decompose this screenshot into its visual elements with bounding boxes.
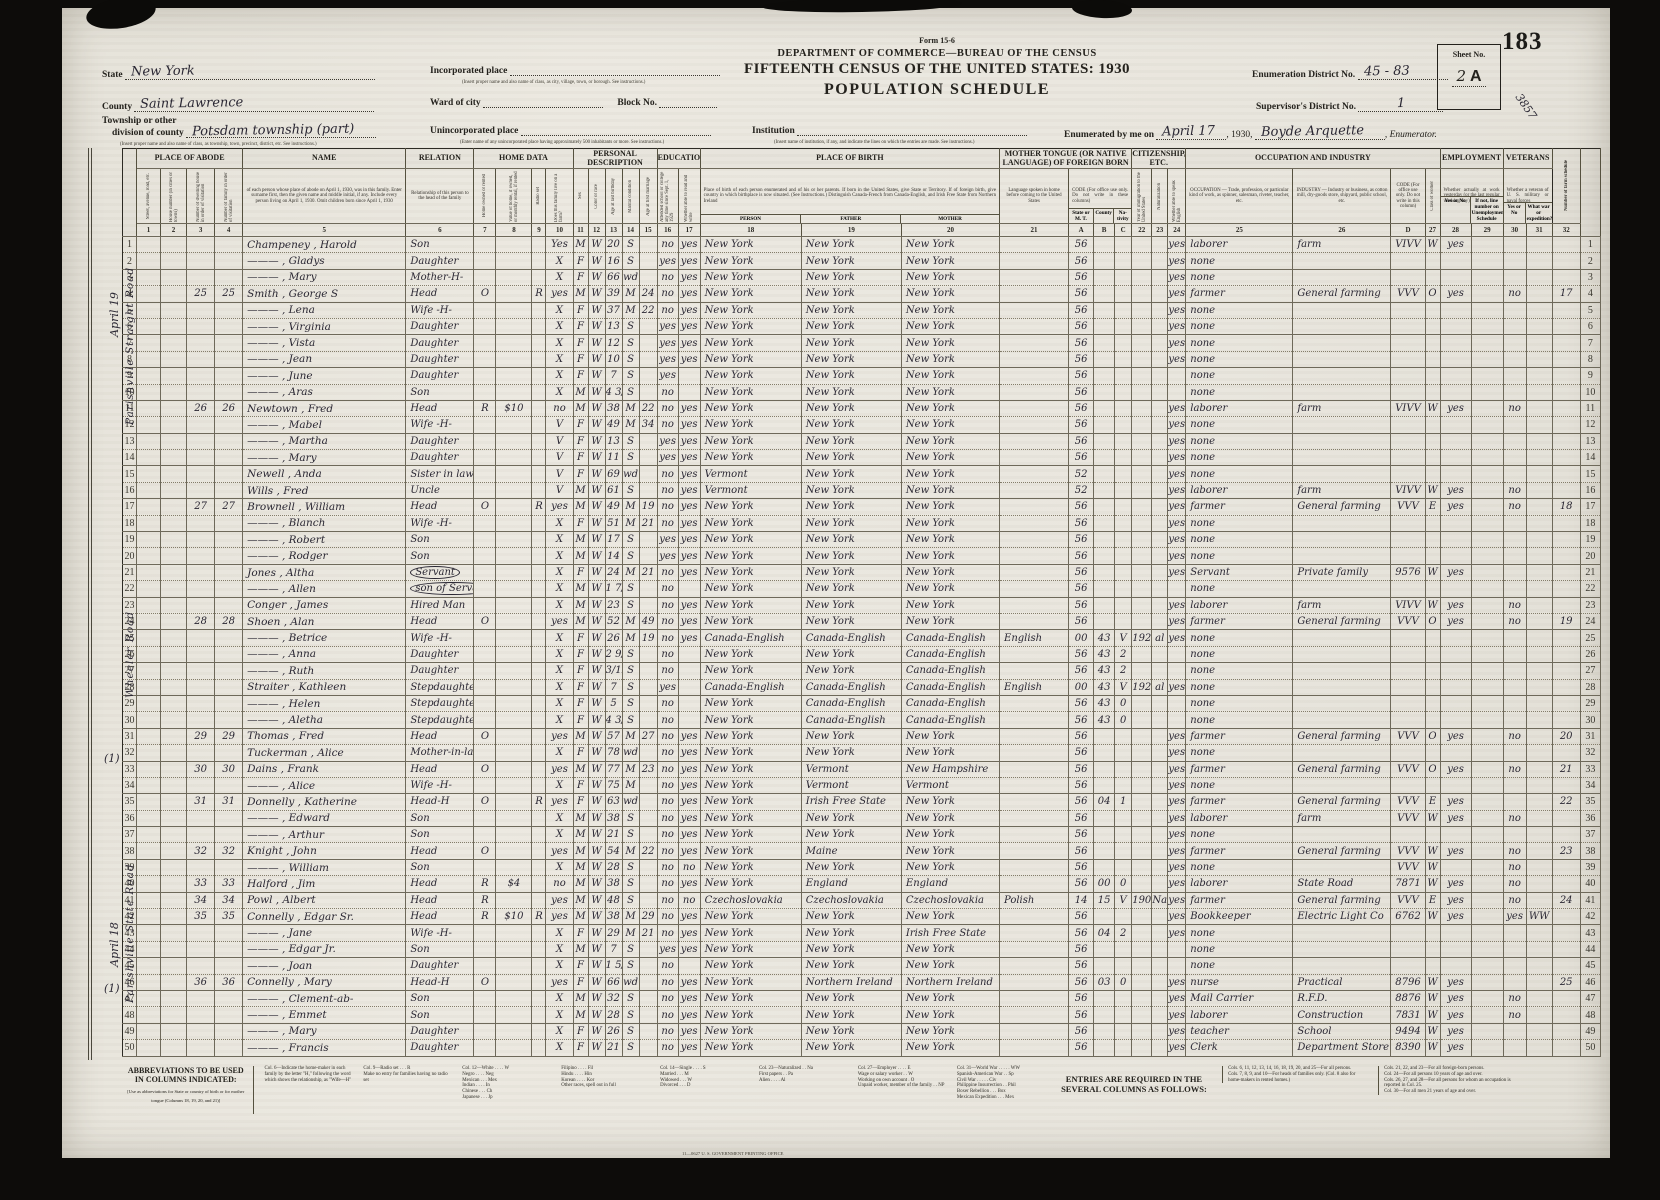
table-row: 423535Connelly , Edgar Sr.HeadR$10RyesMW…	[123, 909, 1601, 925]
cell-lang	[1000, 728, 1069, 744]
column-header-occ: OCCUPATION — Trade, profession, or parti…	[1186, 169, 1293, 224]
cell-rw: yes	[678, 400, 700, 416]
cell-house	[161, 925, 187, 941]
cell-val	[496, 613, 532, 629]
cell-vet	[1503, 253, 1526, 269]
cell-pbf: New York	[801, 663, 901, 679]
sub-label-work: Yes or No	[1441, 197, 1471, 223]
cell-cC	[1115, 745, 1132, 761]
cell-cC	[1115, 777, 1132, 793]
cell-nat: Na	[1152, 892, 1168, 908]
cell-cB: 43	[1094, 712, 1115, 728]
cell-unemp	[1471, 1040, 1503, 1056]
cell-cB	[1094, 909, 1115, 925]
cell-rel: Head	[406, 286, 474, 302]
cell-pbf: New York	[801, 499, 901, 515]
cell-sex: M	[573, 384, 588, 400]
cell-work	[1440, 466, 1471, 482]
cell-cls: O	[1425, 728, 1440, 744]
cell-agem	[639, 695, 657, 711]
cell-lang	[1000, 351, 1069, 367]
cell-occ: none	[1186, 925, 1293, 941]
cell-val	[496, 958, 532, 974]
cell-war	[1526, 630, 1552, 646]
cell-ind	[1293, 318, 1391, 334]
cell-cC	[1115, 941, 1132, 957]
cell-cB	[1094, 548, 1115, 564]
cell-unemp	[1471, 761, 1503, 777]
cell-ind: General farming	[1293, 761, 1391, 777]
cell-work: yes	[1440, 990, 1471, 1006]
cell-nat	[1152, 761, 1168, 777]
cell-dw	[187, 482, 215, 498]
cell-cC: 0	[1115, 712, 1132, 728]
cell-dw	[187, 925, 215, 941]
cell-rel: Uncle	[406, 482, 474, 498]
sheet-number: 2	[1456, 67, 1466, 85]
cell-work: yes	[1440, 1007, 1471, 1023]
cell-lang	[1000, 237, 1069, 253]
cell-farm: X	[546, 1007, 573, 1023]
cell-agem: 22	[639, 843, 657, 859]
cell-eng: yes	[1168, 810, 1186, 826]
cell-codeD: VVV	[1391, 843, 1425, 859]
cell-vet	[1503, 925, 1526, 941]
cell-yr	[1132, 810, 1152, 826]
cell-unemp	[1471, 646, 1503, 662]
line-number-right: 21	[1580, 564, 1600, 580]
cell-color: W	[588, 925, 605, 941]
cell-age: 78	[605, 745, 622, 761]
column-desc-street: Street, avenue, road, etc.	[146, 173, 151, 219]
cell-war	[1526, 843, 1552, 859]
table-row: 39——— , WilliamSonXMW28SnonoNew YorkNew …	[123, 859, 1601, 875]
cell-sex: F	[573, 679, 588, 695]
cell-age: 1 5/12	[605, 958, 622, 974]
composite-header: CODE (For office use only. Do not write …	[1069, 169, 1132, 224]
cell-val	[496, 581, 532, 597]
cell-house	[161, 630, 187, 646]
cell-cA: 56	[1069, 400, 1094, 416]
cell-rw: yes	[678, 1007, 700, 1023]
cell-occ: Servant	[1186, 564, 1293, 580]
cell-val	[496, 532, 532, 548]
cell-eng: yes	[1168, 630, 1186, 646]
line-number-right: 31	[1580, 728, 1600, 744]
cell-work	[1440, 433, 1471, 449]
cell-work	[1440, 646, 1471, 662]
cell-nat	[1152, 695, 1168, 711]
cell-radio	[532, 728, 546, 744]
cell-occ: laborer	[1186, 597, 1293, 613]
cell-work: yes	[1440, 499, 1471, 515]
cell-cls	[1425, 269, 1440, 285]
cell-cC	[1115, 843, 1132, 859]
cell-agem	[639, 794, 657, 810]
cell-fam	[215, 237, 243, 253]
cell-agem	[639, 433, 657, 449]
cell-mar: M	[622, 728, 639, 744]
column-header-rel: Relationship of this person to the head …	[406, 169, 474, 224]
cell-nat	[1152, 368, 1168, 384]
sup-district-field: Supervisor's District No. 1	[1256, 96, 1443, 112]
cell-occ: none	[1186, 450, 1293, 466]
enumerated-mid: , 1930,	[1226, 130, 1252, 140]
cell-occ: none	[1186, 695, 1293, 711]
cell-sch: no	[657, 827, 678, 843]
cell-color: W	[588, 1023, 605, 1039]
cell-ind	[1293, 745, 1391, 761]
column-desc-lang: Language spoken in home before coming to…	[1000, 187, 1068, 205]
cell-dw	[187, 941, 215, 957]
cell-agem	[639, 532, 657, 548]
cell-cls: O	[1425, 761, 1440, 777]
cell-farmno: 22	[1552, 794, 1580, 810]
cell-radio	[532, 679, 546, 695]
cell-war	[1526, 368, 1552, 384]
cell-rel: Daughter	[406, 253, 474, 269]
cell-radio	[532, 351, 546, 367]
cell-codeD: 8390	[1391, 1040, 1425, 1056]
cell-nat	[1152, 384, 1168, 400]
composite-desc: CODE (For office use only. Do not write …	[1069, 187, 1131, 205]
cell-war	[1526, 1023, 1552, 1039]
cell-dw	[187, 548, 215, 564]
sub-label-cB: County	[1094, 209, 1115, 223]
cell-eng: yes	[1168, 1007, 1186, 1023]
cell-pbp: Vermont	[700, 482, 801, 498]
cell-war	[1526, 237, 1552, 253]
line-number-right: 13	[1580, 433, 1600, 449]
cell-cB	[1094, 613, 1115, 629]
cell-eng: yes	[1168, 777, 1186, 793]
table-row: 15Newell , AndaSister in lawVFW69wdnoyes…	[123, 466, 1601, 482]
cell-cls	[1425, 712, 1440, 728]
cell-age: 12	[605, 335, 622, 351]
cell-eng	[1168, 384, 1186, 400]
cell-pbm: Vermont	[901, 777, 999, 793]
cell-radio	[532, 810, 546, 826]
table-row: 14——— , MaryDaughterVFW11SyesyesNew York…	[123, 450, 1601, 466]
cell-pbp: New York	[700, 990, 801, 1006]
department-line: DEPARTMENT OF COMMERCE—BUREAU OF THE CEN…	[702, 48, 1172, 59]
cell-cC	[1115, 269, 1132, 285]
cell-agem	[639, 253, 657, 269]
cell-vet	[1503, 1040, 1526, 1056]
column-desc-dw: Number of dwelling house in order of vis…	[196, 170, 206, 222]
cell-cA: 56	[1069, 859, 1094, 875]
cell-codeD	[1391, 433, 1425, 449]
cell-mar: S	[622, 646, 639, 662]
cell-color: W	[588, 810, 605, 826]
incorporated-label: Incorporated place	[430, 66, 507, 76]
cell-age: 49	[605, 499, 622, 515]
cell-mar: M	[622, 417, 639, 433]
cell-own	[474, 335, 496, 351]
cell-nat	[1152, 417, 1168, 433]
cell-farm: yes	[546, 909, 573, 925]
cell-dw	[187, 827, 215, 843]
cell-lang	[1000, 958, 1069, 974]
cell-nat	[1152, 482, 1168, 498]
cell-house	[161, 761, 187, 777]
cell-sch: no	[657, 909, 678, 925]
cell-occ: none	[1186, 417, 1293, 433]
cell-fam	[215, 450, 243, 466]
table-row: 36——— , EdwardSonXMW38SnoyesNew YorkNew …	[123, 810, 1601, 826]
cell-vet: no	[1503, 843, 1526, 859]
cell-own	[474, 859, 496, 875]
cell-dw	[187, 368, 215, 384]
cell-codeD	[1391, 269, 1425, 285]
cell-sex: F	[573, 417, 588, 433]
cell-name: ——— , Rodger	[243, 548, 406, 564]
cell-ind	[1293, 581, 1391, 597]
cell-sex: M	[573, 909, 588, 925]
cell-pbm: New York	[901, 941, 999, 957]
cell-own	[474, 1040, 496, 1056]
column-number-farmno: 32	[1552, 224, 1580, 237]
cell-lang	[1000, 515, 1069, 531]
cell-work	[1440, 548, 1471, 564]
cell-own: R	[474, 400, 496, 416]
cell-unemp	[1471, 843, 1503, 859]
line-number-right: 5	[1580, 302, 1600, 318]
legend-column: Col. 31—World War . . . . . WW Spanish-A…	[957, 1066, 1046, 1101]
legend-left-note: [Use as abbreviations for State or count…	[124, 1087, 247, 1105]
cell-name: Halford , Jim	[243, 876, 406, 892]
cell-eng: yes	[1168, 597, 1186, 613]
cell-mar: S	[622, 237, 639, 253]
cell-rw: yes	[678, 909, 700, 925]
cell-nat	[1152, 548, 1168, 564]
cell-work	[1440, 695, 1471, 711]
cell-nat	[1152, 990, 1168, 1006]
column-desc-sex: Sex	[578, 192, 583, 199]
cell-pbm: New York	[901, 318, 999, 334]
cell-color: W	[588, 318, 605, 334]
cell-unemp	[1471, 466, 1503, 482]
cell-farmno	[1552, 433, 1580, 449]
cell-own	[474, 958, 496, 974]
cell-val	[496, 417, 532, 433]
cell-age: 13	[605, 318, 622, 334]
cell-age: 7	[605, 368, 622, 384]
cell-nat	[1152, 400, 1168, 416]
cell-cB: 43	[1094, 663, 1115, 679]
cell-pbm: New York	[901, 564, 999, 580]
cell-farmno	[1552, 597, 1580, 613]
cell-cC: 0	[1115, 974, 1132, 990]
line-number-left: 20	[123, 548, 137, 564]
cell-ind	[1293, 925, 1391, 941]
cell-eng: yes	[1168, 482, 1186, 498]
cell-fam	[215, 1023, 243, 1039]
cell-yr	[1132, 646, 1152, 662]
cell-house	[161, 253, 187, 269]
line-number-left: 16	[123, 482, 137, 498]
cell-color: W	[588, 466, 605, 482]
cell-farmno	[1552, 630, 1580, 646]
cell-vet	[1503, 745, 1526, 761]
cell-cB	[1094, 859, 1115, 875]
cell-cA: 56	[1069, 876, 1094, 892]
cell-pbf: Canada-English	[801, 712, 901, 728]
cell-cB	[1094, 466, 1115, 482]
cell-cB	[1094, 499, 1115, 515]
cell-color: W	[588, 892, 605, 908]
cell-rel: Head	[406, 728, 474, 744]
cell-yr	[1132, 351, 1152, 367]
cell-sch: yes	[657, 253, 678, 269]
cell-rel: Head	[406, 499, 474, 515]
cell-occ: none	[1186, 712, 1293, 728]
line-number-right: 35	[1580, 794, 1600, 810]
cell-eng: yes	[1168, 335, 1186, 351]
cell-war	[1526, 859, 1552, 875]
cell-nat	[1152, 597, 1168, 613]
cell-color: W	[588, 777, 605, 793]
cell-cls: E	[1425, 794, 1440, 810]
cell-fam: 30	[215, 761, 243, 777]
cell-color: W	[588, 253, 605, 269]
cell-occ: farmer	[1186, 892, 1293, 908]
table-row: 43——— , JaneWife -H-XFW29M21noyesNew Yor…	[123, 925, 1601, 941]
cell-vet	[1503, 958, 1526, 974]
cell-mar: M	[622, 843, 639, 859]
cell-lang	[1000, 450, 1069, 466]
cell-unemp	[1471, 958, 1503, 974]
line-number-right: 17	[1580, 499, 1600, 515]
column-number-rel: 6	[406, 224, 474, 237]
cell-pbf: New York	[801, 925, 901, 941]
cell-mar: S	[622, 827, 639, 843]
cell-farm: X	[546, 1040, 573, 1056]
cell-pbm: Canada-English	[901, 712, 999, 728]
cell-val	[496, 466, 532, 482]
cell-vet	[1503, 515, 1526, 531]
cell-rw: yes	[678, 1023, 700, 1039]
cell-unemp	[1471, 482, 1503, 498]
cell-war	[1526, 351, 1552, 367]
cell-val	[496, 253, 532, 269]
cell-house	[161, 646, 187, 662]
cell-fam	[215, 351, 243, 367]
cell-val	[496, 974, 532, 990]
cell-pbm: New York	[901, 745, 999, 761]
cell-codeD: VVV	[1391, 499, 1425, 515]
cell-fam: 27	[215, 499, 243, 515]
cell-own	[474, 253, 496, 269]
cell-codeD: VIVV	[1391, 400, 1425, 416]
cell-farmno: 20	[1552, 728, 1580, 744]
cell-cA: 56	[1069, 318, 1094, 334]
cell-farm: X	[546, 712, 573, 728]
cell-farmno	[1552, 532, 1580, 548]
cell-farmno	[1552, 909, 1580, 925]
cell-fam	[215, 482, 243, 498]
cell-name: Tuckerman , Alice	[243, 745, 406, 761]
cell-cls	[1425, 745, 1440, 761]
cell-lang	[1000, 859, 1069, 875]
cell-sex: M	[573, 859, 588, 875]
cell-color: W	[588, 499, 605, 515]
cell-color: W	[588, 564, 605, 580]
cell-own	[474, 581, 496, 597]
cell-pbf: New York	[801, 827, 901, 843]
cell-color: W	[588, 728, 605, 744]
cell-work	[1440, 417, 1471, 433]
cell-nat	[1152, 564, 1168, 580]
cell-cB	[1094, 958, 1115, 974]
cell-yr	[1132, 761, 1152, 777]
sub-labels: State or M. T.CountyNa- tivity	[1069, 208, 1131, 223]
cell-war	[1526, 499, 1552, 515]
cell-house	[161, 318, 187, 334]
composite-header: Place of birth of each person enumerated…	[700, 169, 999, 224]
cell-rw: yes	[678, 597, 700, 613]
cell-war	[1526, 974, 1552, 990]
cell-vet	[1503, 679, 1526, 695]
line-number-header	[123, 149, 137, 237]
cell-cls: E	[1425, 892, 1440, 908]
cell-cA: 56	[1069, 909, 1094, 925]
column-header-sch: Attended school or college any time sinc…	[657, 169, 678, 224]
cell-cC	[1115, 827, 1132, 843]
cell-fam	[215, 433, 243, 449]
cell-dw: 35	[187, 909, 215, 925]
cell-val	[496, 827, 532, 843]
cell-dw: 30	[187, 761, 215, 777]
cell-val	[496, 499, 532, 515]
cell-cA: 56	[1069, 351, 1094, 367]
cell-pbp: New York	[700, 663, 801, 679]
cell-cA: 56	[1069, 990, 1094, 1006]
cell-farm: Yes	[546, 237, 573, 253]
cell-rel: Head	[406, 843, 474, 859]
column-header-cls: Class of worker	[1425, 169, 1440, 224]
cell-cA: 56	[1069, 761, 1094, 777]
cell-age: 38	[605, 909, 622, 925]
cell-unemp	[1471, 597, 1503, 613]
cell-cls: W	[1425, 859, 1440, 875]
cell-pbf: England	[801, 876, 901, 892]
cell-lang: Polish	[1000, 892, 1069, 908]
cell-sch: no	[657, 777, 678, 793]
cell-rel: Servant	[406, 564, 474, 580]
cell-farm: V	[546, 450, 573, 466]
cell-occ: none	[1186, 351, 1293, 367]
cell-fam	[215, 958, 243, 974]
cell-nat	[1152, 302, 1168, 318]
abbreviations-legend: ABBREVIATIONS TO BE USED IN COLUMNS INDI…	[124, 1066, 1524, 1114]
cell-pbp: New York	[700, 515, 801, 531]
cell-sch: yes	[657, 548, 678, 564]
cell-name: ——— , Clement-ab-	[243, 990, 406, 1006]
cell-cB	[1094, 1007, 1115, 1023]
cell-farmno	[1552, 581, 1580, 597]
cell-farm: X	[546, 827, 573, 843]
cell-name: Shoen , Alan	[243, 613, 406, 629]
margin-note: April 19	[108, 292, 121, 337]
cell-occ: none	[1186, 433, 1293, 449]
cell-dw	[187, 433, 215, 449]
cell-mar: M	[622, 777, 639, 793]
header-number-row: 123456789101112131415161718192021ABC2223…	[123, 224, 1601, 237]
cell-cls	[1425, 433, 1440, 449]
cell-sex: M	[573, 761, 588, 777]
cell-pbp: New York	[700, 351, 801, 367]
